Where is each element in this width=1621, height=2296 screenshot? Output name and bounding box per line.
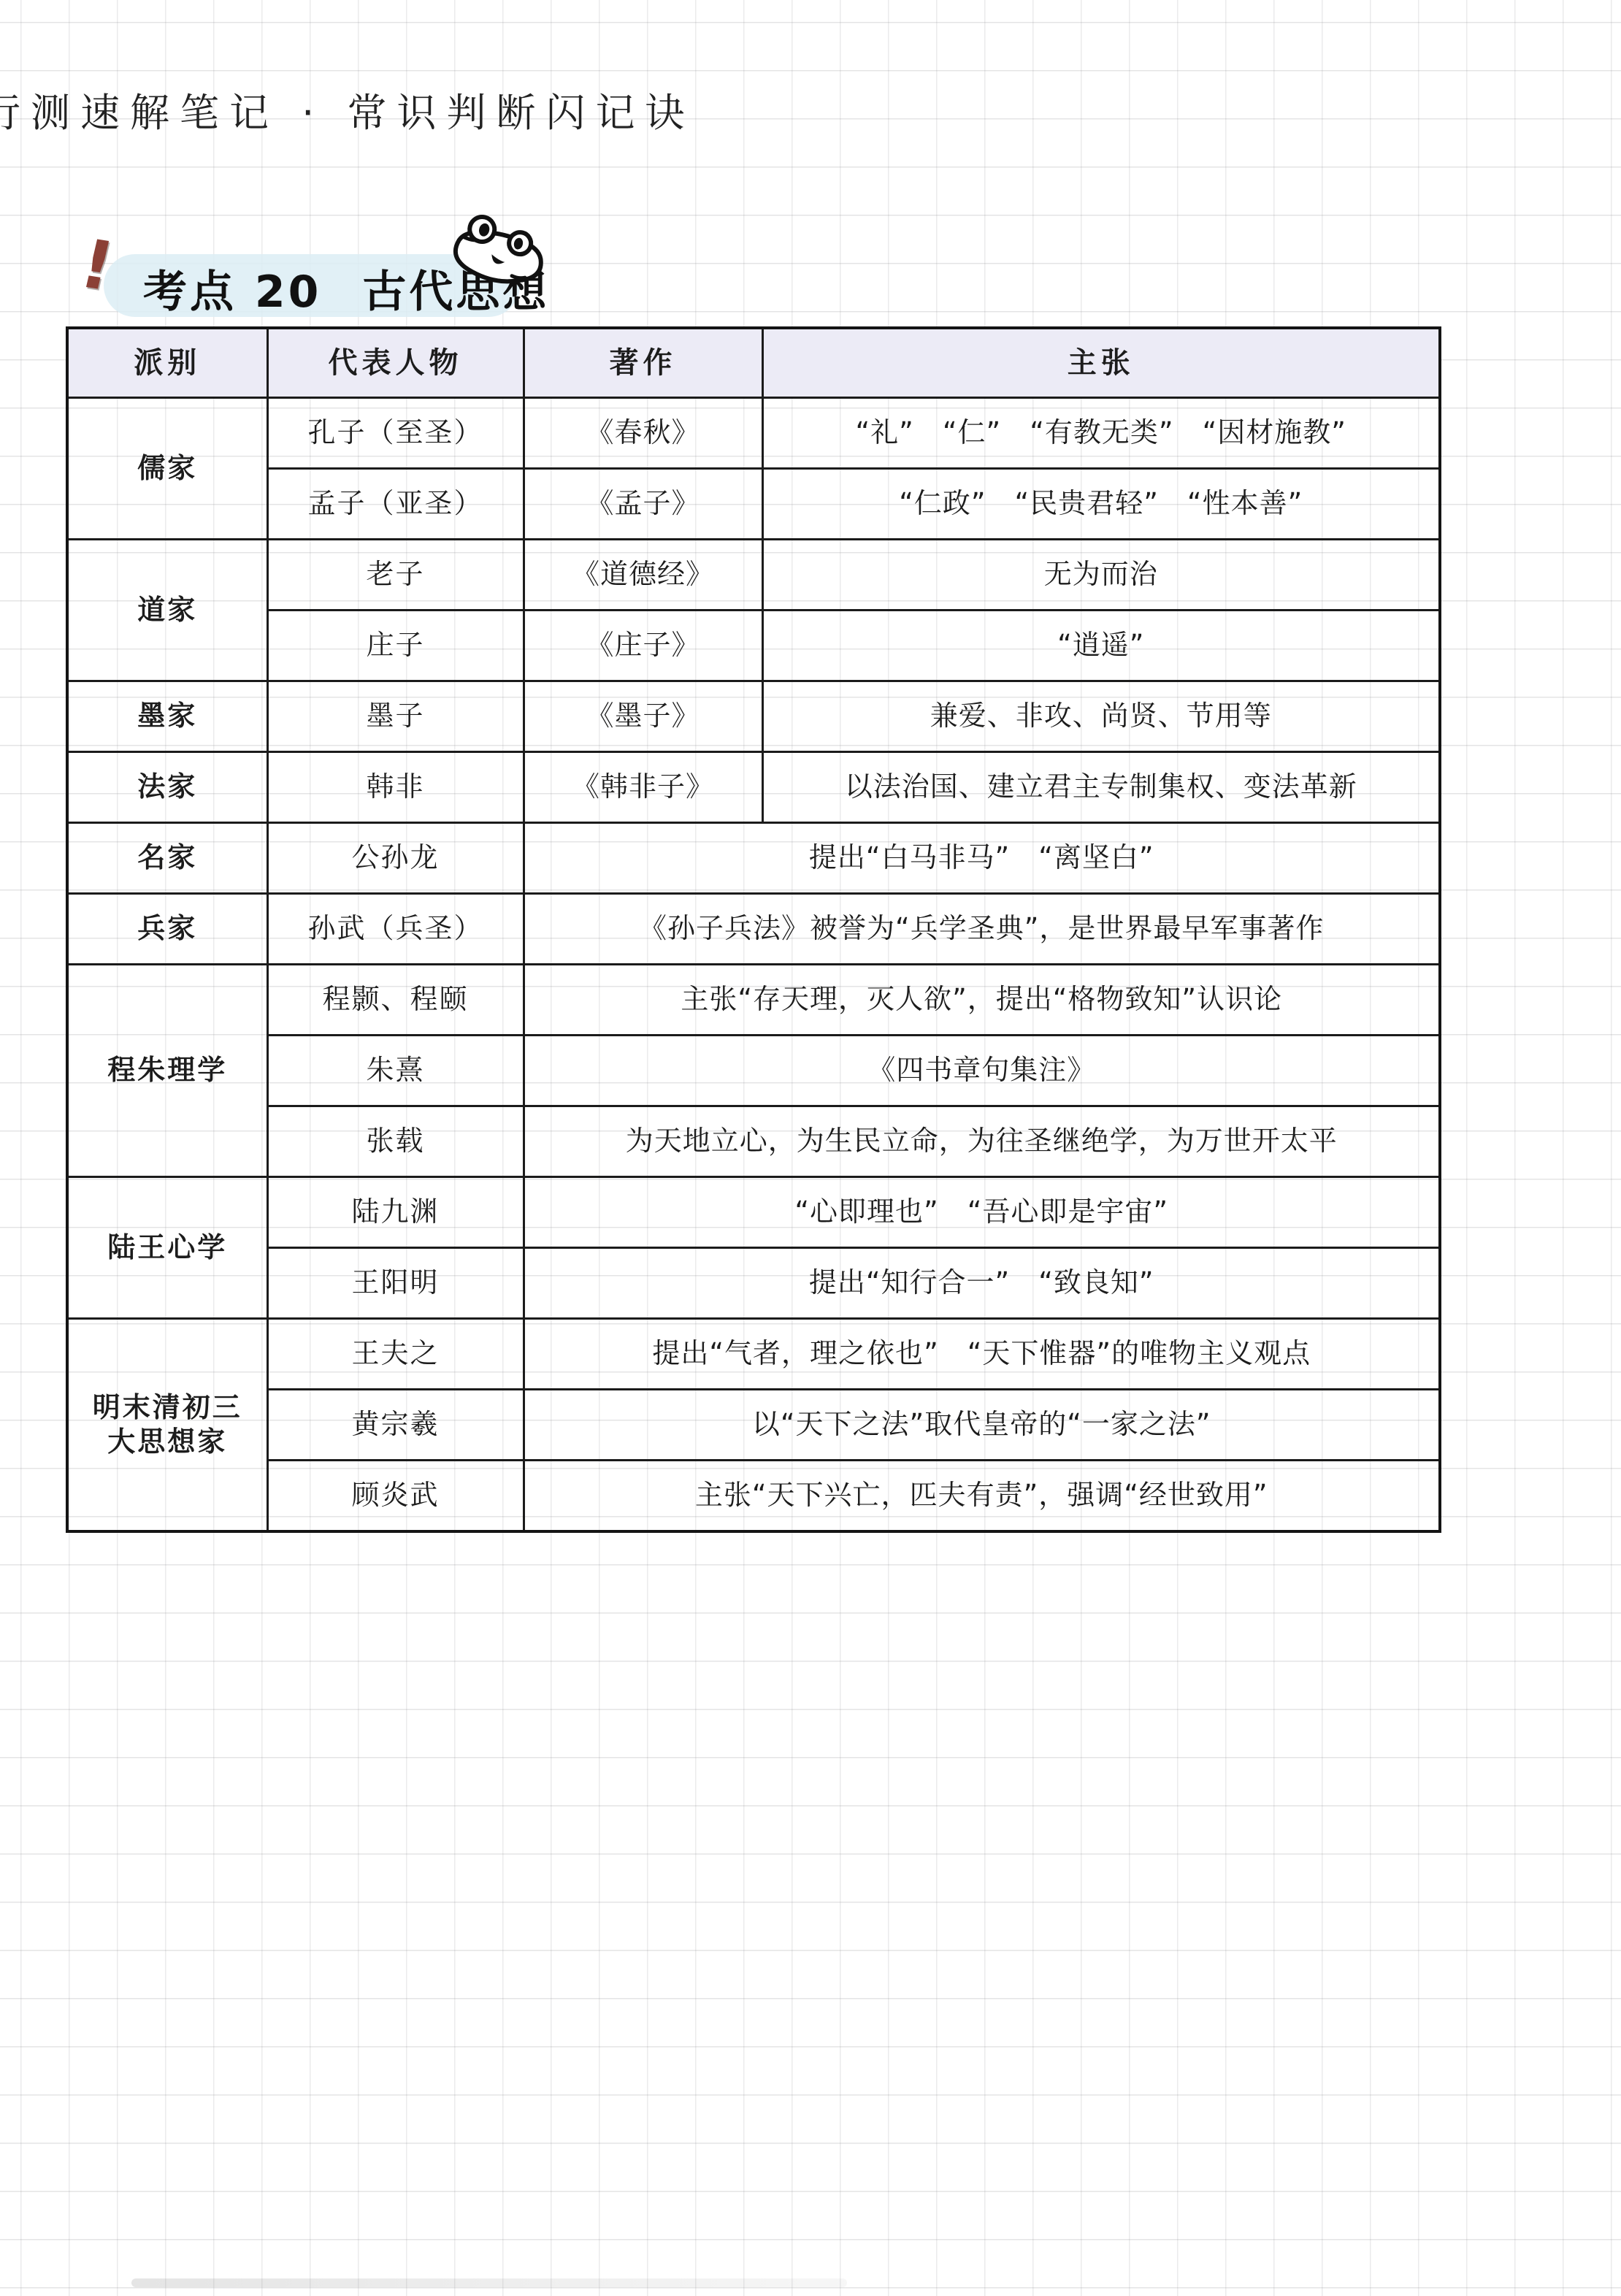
- column-header-person: 代表人物: [267, 328, 524, 398]
- cell-claim-merged: 主张“存天理，灭人欲”，提出“格物致知”认识论: [524, 965, 1440, 1036]
- cell-claim-merged: 提出“知行合一” “致良知”: [524, 1248, 1440, 1319]
- table-row: 陆王心学 陆九渊 “心即理也” “吾心即是宇宙”: [67, 1177, 1440, 1248]
- table-row: 法家 韩非 《韩非子》 以法治国、建立君主专制集权、变法革新: [67, 752, 1440, 823]
- cell-person: 张载: [267, 1106, 524, 1177]
- cell-school-chengzhu: 程朱理学: [67, 965, 267, 1177]
- cell-person: 黄宗羲: [267, 1390, 524, 1461]
- table-row: 儒家 孔子（至圣） 《春秋》 “礼” “仁” “有教无类” “因材施教”: [67, 398, 1440, 469]
- cell-claim: 无为而治: [762, 540, 1440, 611]
- table-row: 道家 老子 《道德经》 无为而治: [67, 540, 1440, 611]
- table-row: 程朱理学 程颢、程颐 主张“存天理，灭人欲”，提出“格物致知”认识论: [67, 965, 1440, 1036]
- notes-page: 行测速解笔记 · 常识判断闪记诀 ! 考点 20古代思想 派别 代表人物 著作 …: [0, 0, 1621, 2296]
- cell-person: 孙武（兵圣）: [267, 894, 524, 965]
- cell-school-fajia: 法家: [67, 752, 267, 823]
- cell-work: 《庄子》: [524, 611, 762, 681]
- table-row: 朱熹 《四书章句集注》: [67, 1036, 1440, 1106]
- cell-claim-merged: 提出“气者，理之依也” “天下惟器”的唯物主义观点: [524, 1319, 1440, 1390]
- cell-school-daojia: 道家: [67, 540, 267, 681]
- cell-work: 《道德经》: [524, 540, 762, 611]
- table-row: 名家 公孙龙 提出“白马非马” “离坚白”: [67, 823, 1440, 894]
- scan-artifact: [131, 2278, 847, 2287]
- cell-person: 朱熹: [267, 1036, 524, 1106]
- cell-person: 公孙龙: [267, 823, 524, 894]
- cell-person: 王夫之: [267, 1319, 524, 1390]
- table-row: 兵家 孙武（兵圣） 《孙子兵法》被誉为“兵学圣典”，是世界最早军事著作: [67, 894, 1440, 965]
- table-row: 张载 为天地立心，为生民立命，为往圣继绝学，为万世开太平: [67, 1106, 1440, 1177]
- section-label: 考点 20: [143, 267, 321, 318]
- cell-person: 程颢、程颐: [267, 965, 524, 1036]
- cell-school-bingjia: 兵家: [67, 894, 267, 965]
- cell-claim: “礼” “仁” “有教无类” “因材施教”: [762, 398, 1440, 469]
- cell-person: 庄子: [267, 611, 524, 681]
- cell-work: 《韩非子》: [524, 752, 762, 823]
- cell-person: 老子: [267, 540, 524, 611]
- cell-claim-merged: 以“天下之法”取代皇帝的“一家之法”: [524, 1390, 1440, 1461]
- thought-schools-table: 派别 代表人物 著作 主张 儒家 孔子（至圣） 《春秋》 “礼” “仁” “有教…: [66, 326, 1441, 1533]
- cell-claim-merged: 《孙子兵法》被誉为“兵学圣典”，是世界最早军事著作: [524, 894, 1440, 965]
- cell-claim-merged: 提出“白马非马” “离坚白”: [524, 823, 1440, 894]
- cell-person: 顾炎武: [267, 1461, 524, 1532]
- cell-work: 《孟子》: [524, 469, 762, 540]
- column-header-school: 派别: [67, 328, 267, 398]
- cell-claim: 兼爱、非攻、尚贤、节用等: [762, 681, 1440, 752]
- cell-person: 王阳明: [267, 1248, 524, 1319]
- table-row: 黄宗羲 以“天下之法”取代皇帝的“一家之法”: [67, 1390, 1440, 1461]
- cell-school-mojia: 墨家: [67, 681, 267, 752]
- page-header-text: 行测速解笔记 · 常识判断闪记诀: [0, 82, 695, 138]
- cell-person: 孟子（亚圣）: [267, 469, 524, 540]
- cell-work: 《墨子》: [524, 681, 762, 752]
- column-header-work: 著作: [524, 328, 762, 398]
- table-row: 明末清初三 大思想家 王夫之 提出“气者，理之依也” “天下惟器”的唯物主义观点: [67, 1319, 1440, 1390]
- cell-claim-merged: “心即理也” “吾心即是宇宙”: [524, 1177, 1440, 1248]
- cell-claim-merged: 《四书章句集注》: [524, 1036, 1440, 1106]
- cell-person: 陆九渊: [267, 1177, 524, 1248]
- cell-school-mingjia: 名家: [67, 823, 267, 894]
- cell-person: 孔子（至圣）: [267, 398, 524, 469]
- cell-claim-merged: 主张“天下兴亡，匹夫有责”，强调“经世致用”: [524, 1461, 1440, 1532]
- cell-school-rujia: 儒家: [67, 398, 267, 540]
- cell-school-mingmo: 明末清初三 大思想家: [67, 1319, 267, 1532]
- cell-school-luwang: 陆王心学: [67, 1177, 267, 1319]
- column-header-claim: 主张: [762, 328, 1440, 398]
- cell-claim: “逍遥”: [762, 611, 1440, 681]
- table-row: 墨家 墨子 《墨子》 兼爱、非攻、尚贤、节用等: [67, 681, 1440, 752]
- cell-claim-merged: 为天地立心，为生民立命，为往圣继绝学，为万世开太平: [524, 1106, 1440, 1177]
- table-header-row: 派别 代表人物 著作 主张: [67, 328, 1440, 398]
- table-row: 王阳明 提出“知行合一” “致良知”: [67, 1248, 1440, 1319]
- table-row: 顾炎武 主张“天下兴亡，匹夫有责”，强调“经世致用”: [67, 1461, 1440, 1532]
- table-row: 孟子（亚圣） 《孟子》 “仁政” “民贵君轻” “性本善”: [67, 469, 1440, 540]
- table-row: 庄子 《庄子》 “逍遥”: [67, 611, 1440, 681]
- cell-work: 《春秋》: [524, 398, 762, 469]
- cell-claim: “仁政” “民贵君轻” “性本善”: [762, 469, 1440, 540]
- cell-person: 韩非: [267, 752, 524, 823]
- cell-person: 墨子: [267, 681, 524, 752]
- cell-claim: 以法治国、建立君主专制集权、变法革新: [762, 752, 1440, 823]
